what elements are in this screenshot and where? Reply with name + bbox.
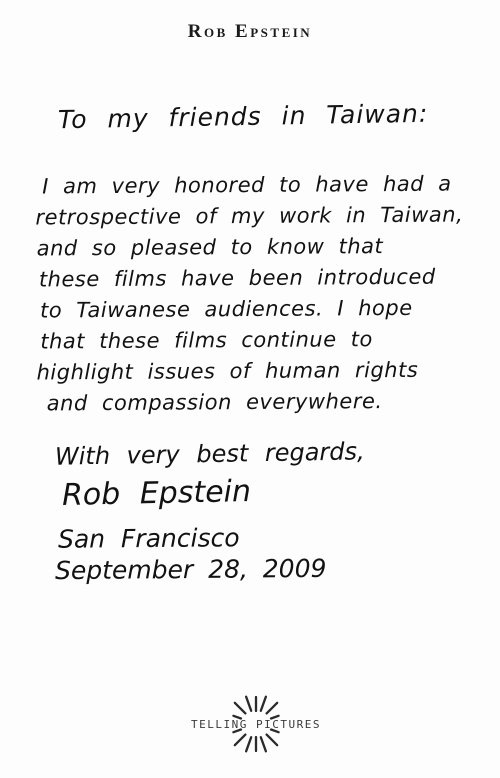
letter-body-line: I am very honored to have had a: [42, 169, 463, 203]
letter-body-line: highlight issues of human rights: [36, 355, 464, 389]
signature-place: San Francisco: [58, 523, 240, 554]
telling-pictures-logo: TELLING PICTURES: [176, 684, 336, 764]
signature: Rob Epstein: [62, 474, 252, 513]
letter-body: I am very honored to have had a retrospe…: [35, 169, 464, 420]
letter-page: Rob Epstein To my friends in Taiwan: I a…: [0, 0, 500, 778]
letter-body-line: and so pleased to know that: [37, 231, 464, 265]
letter-body-line: these films have been introduced: [39, 262, 464, 296]
logo-text: TELLING PICTURES: [191, 718, 321, 731]
starburst-rays-icon: TELLING PICTURES: [176, 684, 336, 764]
letter-body-line: and compassion everywhere.: [47, 386, 465, 420]
signature-date: September 28, 2009: [55, 554, 327, 585]
letterhead-name: Rob Epstein: [0, 21, 500, 43]
letter-body-line: retrospective of my work in Taiwan,: [35, 200, 463, 234]
letter-body-line: that these films continue to: [40, 324, 464, 358]
closing-line: With very best regards,: [55, 437, 365, 470]
greeting-line: To my friends in Taiwan:: [58, 99, 429, 134]
letter-body-line: to Taiwanese audiences. I hope: [40, 293, 464, 327]
